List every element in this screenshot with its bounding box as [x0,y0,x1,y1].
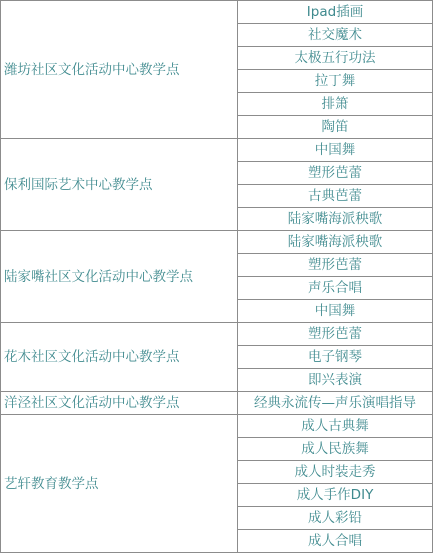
course-cell: 成人彩铅 [238,507,433,530]
course-cell: 社交魔术 [238,24,433,47]
table-row: 花木社区文化活动中心教学点塑形芭蕾 [1,323,433,346]
course-cell: 声乐合唱 [238,277,433,300]
location-cell: 花木社区文化活动中心教学点 [1,323,238,392]
course-cell: 塑形芭蕾 [238,323,433,346]
table-row: 潍坊社区文化活动中心教学点Ipad插画 [1,1,433,24]
course-cell: 经典永流传—声乐演唱指导 [238,392,433,415]
course-cell: 陆家嘴海派秧歌 [238,231,433,254]
table-row: 陆家嘴社区文化活动中心教学点陆家嘴海派秧歌 [1,231,433,254]
course-cell: 拉丁舞 [238,70,433,93]
course-table: 潍坊社区文化活动中心教学点Ipad插画社交魔术太极五行功法拉丁舞排箫陶笛保利国际… [0,0,433,553]
course-cell: 古典芭蕾 [238,185,433,208]
location-cell: 陆家嘴社区文化活动中心教学点 [1,231,238,323]
course-cell: 电子钢琴 [238,346,433,369]
table-row: 洋泾社区文化活动中心教学点经典永流传—声乐演唱指导 [1,392,433,415]
course-cell: Ipad插画 [238,1,433,24]
course-cell: 成人古典舞 [238,415,433,438]
course-cell: 成人合唱 [238,530,433,553]
course-cell: 塑形芭蕾 [238,254,433,277]
course-cell: 成人手作DIY [238,484,433,507]
course-cell: 太极五行功法 [238,47,433,70]
course-cell: 中国舞 [238,300,433,323]
location-cell: 洋泾社区文化活动中心教学点 [1,392,238,415]
course-cell: 即兴表演 [238,369,433,392]
course-cell: 塑形芭蕾 [238,162,433,185]
location-cell: 艺轩教育教学点 [1,415,238,553]
course-cell: 陶笛 [238,116,433,139]
table-row: 艺轩教育教学点成人古典舞 [1,415,433,438]
course-cell: 陆家嘴海派秧歌 [238,208,433,231]
course-cell: 中国舞 [238,139,433,162]
course-cell: 排箫 [238,93,433,116]
table-body: 潍坊社区文化活动中心教学点Ipad插画社交魔术太极五行功法拉丁舞排箫陶笛保利国际… [1,1,433,553]
location-cell: 潍坊社区文化活动中心教学点 [1,1,238,139]
course-cell: 成人民族舞 [238,438,433,461]
table-row: 保利国际艺术中心教学点中国舞 [1,139,433,162]
course-cell: 成人时装走秀 [238,461,433,484]
location-cell: 保利国际艺术中心教学点 [1,139,238,231]
